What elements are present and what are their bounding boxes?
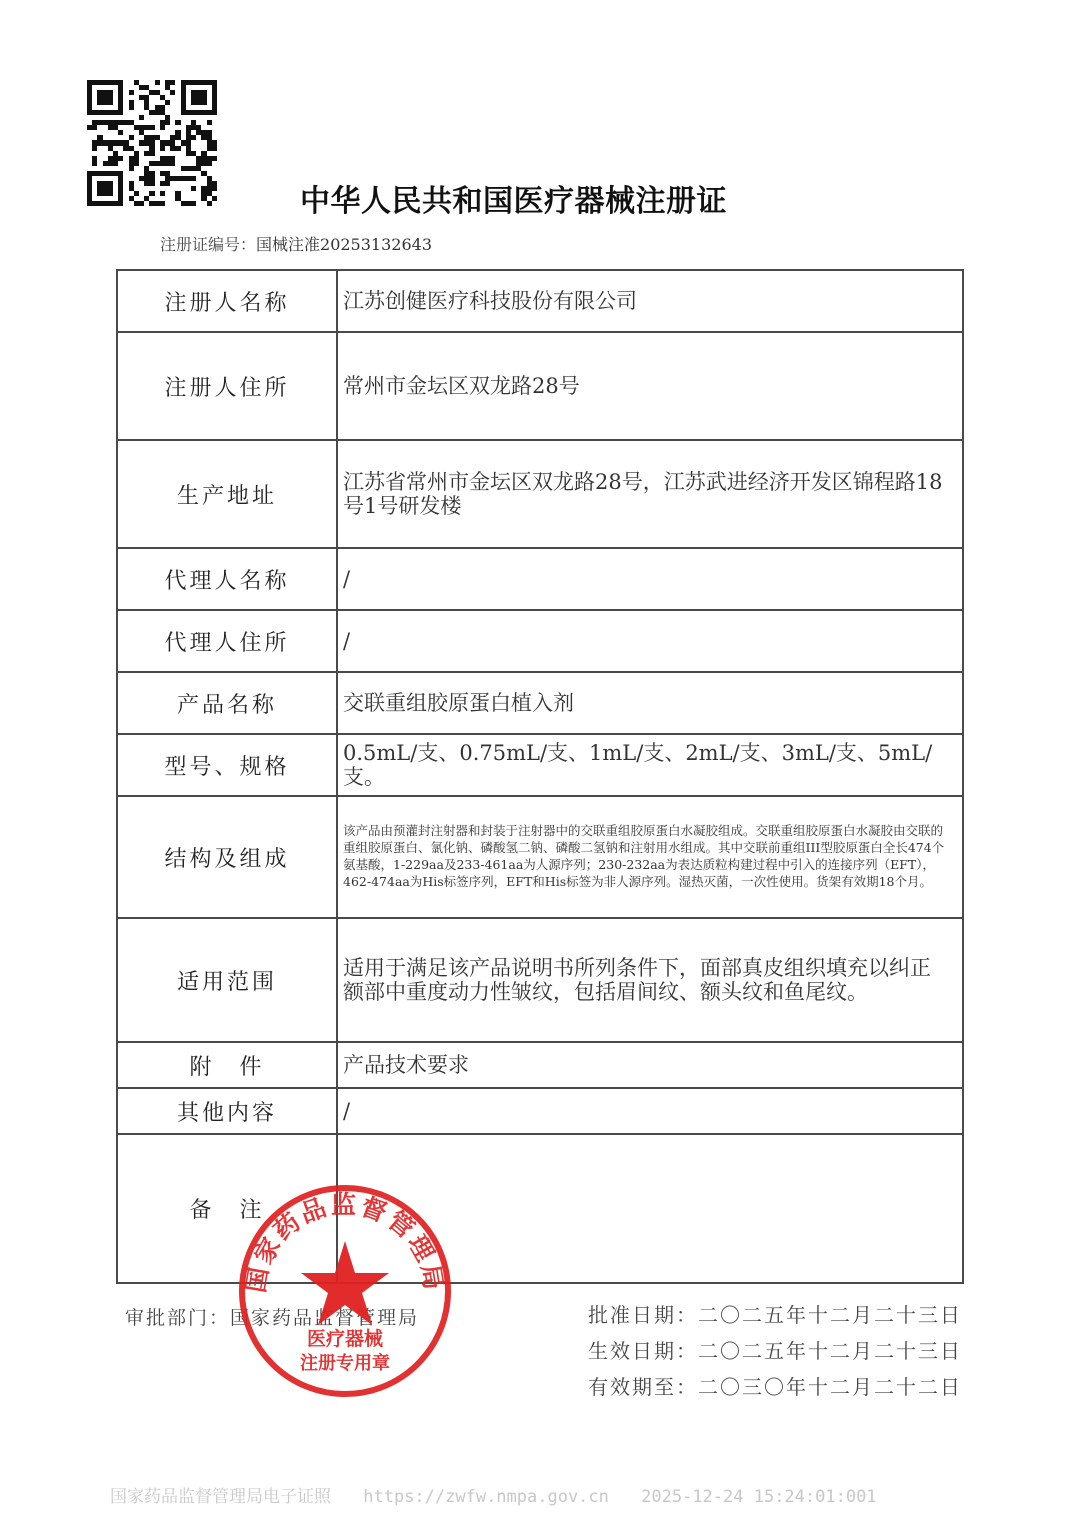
row-value: 产品技术要求	[337, 1042, 963, 1088]
qr-code-icon	[87, 80, 217, 206]
cert-number-value: 国械注准20253132643	[256, 235, 432, 254]
expiry-date-label: 有效期至：	[588, 1375, 698, 1399]
effective-date-value: 二〇二五年十二月二十三日	[698, 1339, 962, 1363]
certificate-table: 注册人名称 江苏创健医疗科技股份有限公司 注册人住所 常州市金坛区双龙路28号 …	[116, 269, 964, 1284]
row-value: 常州市金坛区双龙路28号	[337, 332, 963, 440]
row-value	[337, 1134, 963, 1283]
approval-department-label: 审批部门：	[125, 1307, 230, 1329]
footer-url[interactable]: https://zwfw.nmpa.gov.cn	[363, 1487, 609, 1507]
row-label: 代理人住所	[117, 610, 337, 672]
seal-inner-line2: 注册专用章	[300, 1352, 390, 1374]
seal-inner-line1: 医疗器械	[307, 1327, 384, 1350]
footer-issuer: 国家药品监督管理局电子证照	[110, 1487, 331, 1507]
table-row: 注册人名称 江苏创健医疗科技股份有限公司	[117, 270, 963, 332]
footer-timestamp: 2025-12-24 15:24:01:001	[641, 1487, 876, 1507]
table-row: 产品名称 交联重组胶原蛋白植入剂	[117, 672, 963, 734]
row-label: 附 件	[117, 1042, 337, 1088]
row-label: 型号、规格	[117, 734, 337, 796]
expiry-date-value: 二〇三〇年十二月二十二日	[698, 1375, 962, 1399]
row-label: 注册人住所	[117, 332, 337, 440]
cert-number-label: 注册证编号：	[160, 235, 256, 254]
row-value: 交联重组胶原蛋白植入剂	[337, 672, 963, 734]
table-row: 其他内容 /	[117, 1088, 963, 1134]
row-value: /	[337, 1088, 963, 1134]
row-label: 结构及组成	[117, 796, 337, 918]
dates-block: 批准日期：二〇二五年十二月二十三日 生效日期：二〇二五年十二月二十三日 有效期至…	[588, 1300, 962, 1408]
table-row: 备 注	[117, 1134, 963, 1283]
row-label: 代理人名称	[117, 548, 337, 610]
row-value: 0.5mL/支、0.75mL/支、1mL/支、2mL/支、3mL/支、5mL/支…	[337, 734, 963, 796]
table-row: 注册人住所 常州市金坛区双龙路28号	[117, 332, 963, 440]
table-row: 生产地址 江苏省常州市金坛区双龙路28号，江苏武进经济开发区锦程路18号1号研发…	[117, 440, 963, 548]
approval-date-label: 批准日期：	[588, 1303, 698, 1327]
cert-number: 注册证编号：国械注准20253132643	[160, 232, 432, 255]
row-value: 江苏创健医疗科技股份有限公司	[337, 270, 963, 332]
table-row: 结构及组成 该产品由预灌封注射器和封装于注射器中的交联重组胶原蛋白水凝胶组成。交…	[117, 796, 963, 918]
table-row: 适用范围 适用于满足该产品说明书所列条件下，面部真皮组织填充以纠正额部中重度动力…	[117, 918, 963, 1042]
footer: 国家药品监督管理局电子证照 https://zwfw.nmpa.gov.cn 2…	[110, 1482, 899, 1507]
effective-date: 生效日期：二〇二五年十二月二十三日	[588, 1336, 962, 1372]
row-label: 产品名称	[117, 672, 337, 734]
row-label: 生产地址	[117, 440, 337, 548]
row-label: 备 注	[117, 1134, 337, 1283]
document-title: 中华人民共和国医疗器械注册证	[300, 176, 780, 220]
row-label: 注册人名称	[117, 270, 337, 332]
row-value: 适用于满足该产品说明书所列条件下，面部真皮组织填充以纠正额部中重度动力性皱纹，包…	[337, 918, 963, 1042]
table-row: 型号、规格 0.5mL/支、0.75mL/支、1mL/支、2mL/支、3mL/支…	[117, 734, 963, 796]
table-row: 附 件 产品技术要求	[117, 1042, 963, 1088]
row-value: /	[337, 548, 963, 610]
table-row: 代理人住所 /	[117, 610, 963, 672]
approval-date: 批准日期：二〇二五年十二月二十三日	[588, 1300, 962, 1336]
row-label: 其他内容	[117, 1088, 337, 1134]
row-value: 江苏省常州市金坛区双龙路28号，江苏武进经济开发区锦程路18号1号研发楼	[337, 440, 963, 548]
effective-date-label: 生效日期：	[588, 1339, 698, 1363]
table-row: 代理人名称 /	[117, 548, 963, 610]
row-value: /	[337, 610, 963, 672]
approval-department: 审批部门：国家药品监督管理局	[125, 1303, 419, 1330]
approval-department-value: 国家药品监督管理局	[230, 1307, 419, 1329]
row-label: 适用范围	[117, 918, 337, 1042]
row-value: 该产品由预灌封注射器和封装于注射器中的交联重组胶原蛋白水凝胶组成。交联重组胶原蛋…	[337, 796, 963, 918]
approval-date-value: 二〇二五年十二月二十三日	[698, 1303, 962, 1327]
expiry-date: 有效期至：二〇三〇年十二月二十二日	[588, 1372, 962, 1408]
